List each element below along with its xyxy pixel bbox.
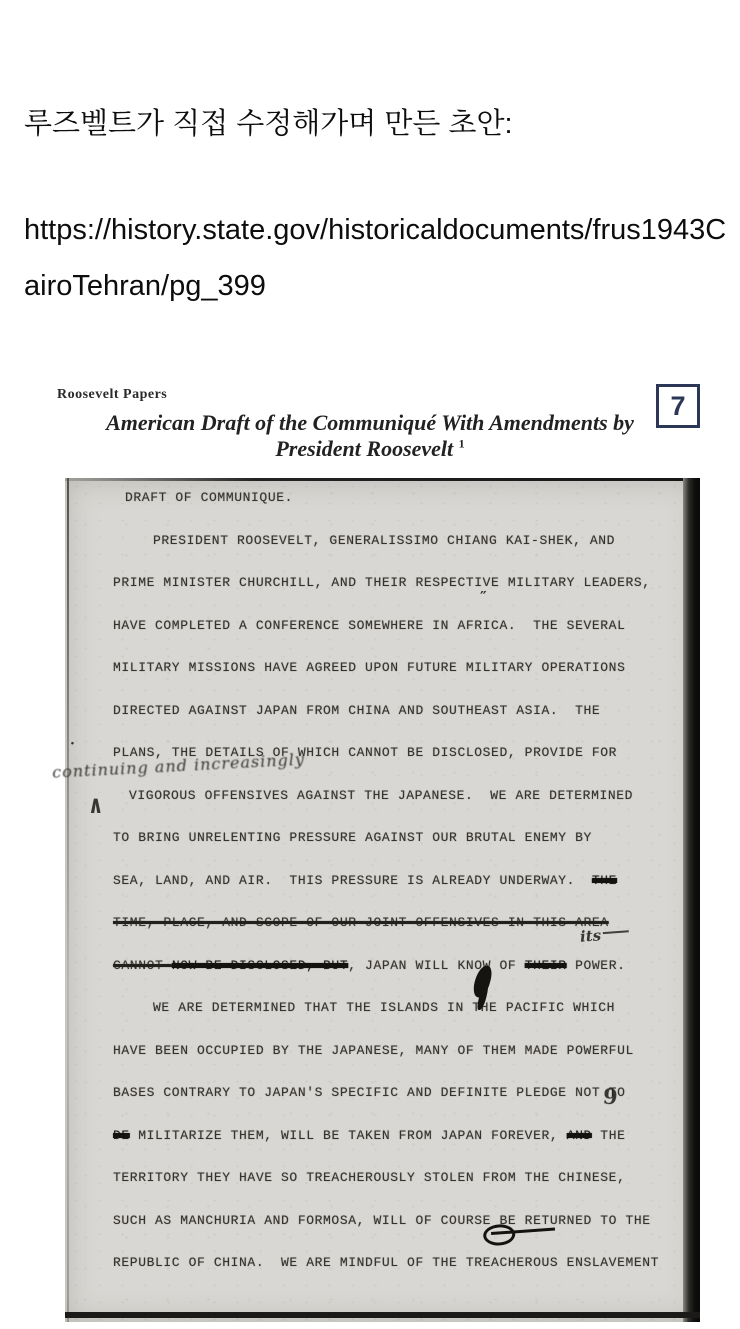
scan-line: TERRITORY THEY HAVE SO TREACHEROUSLY STO… [113,1170,625,1185]
handwritten-ditto-mark: ″ [480,588,487,606]
typed-text: HAVE COMPLETED A CONFERENCE SOMEWHERE IN… [113,618,625,633]
scan-line: CANNOT NOW BE DISCLOSED, BUT, JAPAN WILL… [113,958,626,973]
document-header: Roosevelt Papers American Draft of the C… [0,383,740,478]
scribbled-text: THEIR [525,958,567,973]
post-url-link[interactable]: https://history.state.gov/historicaldocu… [24,202,730,314]
handwritten-margin-tick: · [70,736,75,752]
document-title-text: President Roosevelt [275,436,453,461]
source-label: Roosevelt Papers [57,387,167,403]
scanned-document-image[interactable]: DRAFT OF COMMUNIQUE.PRESIDENT ROOSEVELT,… [65,478,700,1322]
typed-text: REPUBLIC OF CHINA. WE ARE MINDFUL OF THE… [113,1255,659,1270]
document-title-line1: American Draft of the Communiqué With Am… [0,410,740,436]
document-number-badge: 7 [656,384,700,428]
typed-text: TERRITORY THEY HAVE SO TREACHEROUSLY STO… [113,1170,625,1185]
typed-text: MILITARIZE THEM, WILL BE TAKEN FROM JAPA… [130,1128,567,1143]
post-title: 루즈벨트가 직접 수정해가며 만든 초안: [24,104,724,144]
scan-line: VIGOROUS OFFENSIVES AGAINST THE JAPANESE… [129,788,633,803]
scribbled-text: THE [592,873,617,888]
scan-line: PRIME MINISTER CHURCHILL, AND THEIR RESP… [113,575,651,590]
typed-text: DRAFT OF COMMUNIQUE. [125,490,293,505]
scan-line: DIRECTED AGAINST JAPAN FROM CHINA AND SO… [113,703,600,718]
scan-line: DRAFT OF COMMUNIQUE. [125,490,293,505]
scan-line: DE MILITARIZE THEM, WILL BE TAKEN FROM J… [113,1128,626,1143]
footnote-marker: 1 [459,437,465,451]
typed-text: BASES CONTRARY TO JAPAN'S SPECIFIC AND D… [113,1085,625,1100]
typed-text: DIRECTED AGAINST JAPAN FROM CHINA AND SO… [113,703,600,718]
scan-line: MILITARY MISSIONS HAVE AGREED UPON FUTUR… [113,660,625,675]
scan-line: HAVE BEEN OCCUPIED BY THE JAPANESE, MANY… [113,1043,634,1058]
typed-text: MILITARY MISSIONS HAVE AGREED UPON FUTUR… [113,660,625,675]
scan-line: REPUBLIC OF CHINA. WE ARE MINDFUL OF THE… [113,1255,659,1270]
scan-line: WE ARE DETERMINED THAT THE ISLANDS IN TH… [153,1000,615,1015]
scan-text: DRAFT OF COMMUNIQUE.PRESIDENT ROOSEVELT,… [65,478,700,1322]
typed-text: THE [592,1128,626,1143]
handwritten-its-correction: its [579,924,629,945]
scan-line: TIME, PLACE, AND SCOPE OF OUR JOINT OFFE… [113,915,609,930]
handwritten-caret: ∧ [88,791,103,820]
typed-text: PRIME MINISTER CHURCHILL, AND THEIR RESP… [113,575,651,590]
typed-text: VIGOROUS OFFENSIVES AGAINST THE JAPANESE… [129,788,633,803]
struck-text: TIME, PLACE, AND SCOPE OF OUR JOINT OFFE… [113,915,609,930]
scan-line: PRESIDENT ROOSEVELT, GENERALISSIMO CHIAN… [153,533,615,548]
typed-text: , JAPAN WILL KNOW OF [348,958,524,973]
typed-text: WE ARE DETERMINED THAT THE ISLANDS IN TH… [153,1000,615,1015]
typed-text: SUCH AS MANCHURIA AND FORMOSA, WILL OF C… [113,1213,651,1228]
typed-text: HAVE BEEN OCCUPIED BY THE JAPANESE, MANY… [113,1043,634,1058]
scan-line: SEA, LAND, AND AIR. THIS PRESSURE IS ALR… [113,873,617,888]
scan-line: BASES CONTRARY TO JAPAN'S SPECIFIC AND D… [113,1085,625,1100]
scan-line: SUCH AS MANCHURIA AND FORMOSA, WILL OF C… [113,1213,651,1228]
typed-text: PRESIDENT ROOSEVELT, GENERALISSIMO CHIAN… [153,533,615,548]
scribbled-text: AND [567,1128,592,1143]
handwritten-nine-mark: 9 [602,1083,619,1109]
typed-text: SEA, LAND, AND AIR. THIS PRESSURE IS ALR… [113,873,592,888]
typed-text: POWER. [567,958,626,973]
document-title-line2: President Roosevelt 1 [0,436,740,462]
struck-text: CANNOT [113,958,172,973]
scribbled-text: NOW BE DISCLOSED, BUT [172,958,348,973]
scan-line: HAVE COMPLETED A CONFERENCE SOMEWHERE IN… [113,618,625,633]
typed-text: TO BRING UNRELENTING PRESSURE AGAINST OU… [113,830,592,845]
scan-line: TO BRING UNRELENTING PRESSURE AGAINST OU… [113,830,592,845]
scribbled-text: DE [113,1128,130,1143]
